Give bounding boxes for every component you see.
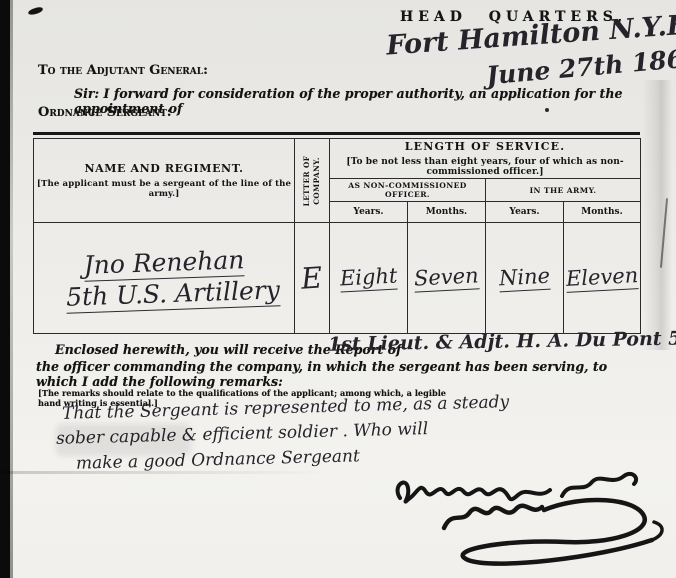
subject-line: Ordnance Sergeant:	[38, 105, 172, 120]
length-of-service-header-cell: LENGTH OF SERVICE. [To be not less than …	[330, 139, 641, 179]
fold-crease-right	[642, 80, 672, 350]
name-regiment-header-cell: NAME AND REGIMENT. [The applicant must b…	[34, 139, 295, 223]
name-regiment-note: [The applicant must be a sergeant of the…	[34, 179, 294, 199]
years-army-value-cell: Nine	[486, 223, 564, 334]
application-table: NAME AND REGIMENT. [The applicant must b…	[33, 138, 641, 334]
months-nco-header: Months.	[408, 207, 485, 217]
army-group-header: IN THE ARMY.	[486, 186, 640, 195]
nco-group-header-cell: AS NON-COMMISSIONED OFFICER.	[330, 179, 486, 202]
applicant-regiment: 5th U.S. Artillery	[66, 275, 281, 313]
company-letter-header-cell: LETTER OF COMPANY.	[295, 139, 330, 223]
company-letter-value-cell: E	[295, 223, 330, 334]
length-of-service-header: LENGTH OF SERVICE.	[330, 140, 640, 153]
months-nco-value-cell: Seven	[408, 223, 486, 334]
ink-blot	[27, 6, 43, 15]
nco-group-header: AS NON-COMMISSIONED OFFICER.	[330, 181, 485, 199]
months-army-header: Months.	[564, 207, 640, 217]
scan-edge	[0, 0, 10, 578]
years-army-header-cell: Years.	[486, 202, 564, 223]
months-army-header-cell: Months.	[564, 202, 641, 223]
table-top-rule	[33, 132, 640, 135]
years-army-value: Nine	[498, 264, 550, 293]
years-nco-value-cell: Eight	[330, 223, 408, 334]
years-nco-value: Eight	[339, 264, 398, 293]
company-letter-header: LETTER OF COMPANY.	[302, 145, 322, 217]
company-letter-value: E	[300, 260, 323, 295]
name-regiment-header: NAME AND REGIMENT.	[34, 162, 294, 175]
fold-crease-bottom	[0, 471, 330, 474]
signature-flourish	[348, 452, 674, 574]
salutation: To the Adjutant General:	[38, 63, 208, 78]
months-nco-header-cell: Months.	[408, 202, 486, 223]
army-group-header-cell: IN THE ARMY.	[486, 179, 641, 202]
months-army-value: Eleven	[565, 263, 639, 293]
enclosed-line-2: the officer commanding the company, in w…	[36, 359, 646, 389]
months-nco-value: Seven	[414, 263, 480, 292]
months-army-value-cell: Eleven	[564, 223, 641, 334]
document-scan: HEAD QUARTERS, Fort Hamilton N.Y.H June …	[0, 0, 676, 578]
applicant-name-cell: Jno Renehan 5th U.S. Artillery	[34, 223, 295, 334]
years-nco-header-cell: Years.	[330, 202, 408, 223]
years-nco-header: Years.	[330, 207, 407, 217]
years-army-header: Years.	[486, 207, 563, 217]
length-of-service-note: [To be not less than eight years, four o…	[330, 157, 640, 177]
